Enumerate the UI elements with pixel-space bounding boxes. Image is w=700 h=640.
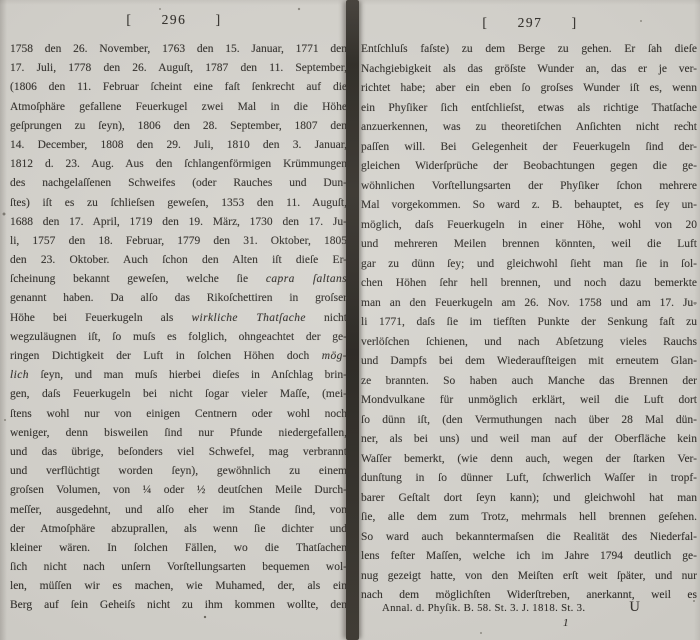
- italic-phrase: wirkliche Thatſache: [191, 312, 305, 324]
- page-296: [ 296 ] 1758 den 26. November, 1763 den …: [0, 0, 348, 640]
- text-segment: li 1771, daſs ſie im tiefſten Punkte der…: [361, 316, 697, 328]
- text-segment: So ward auch bekanntermaſsen die Realitä…: [361, 531, 697, 543]
- text-segment: ſcheinung bekannt geweſen, welche ſie: [10, 273, 266, 285]
- text-segment: Entſchluſs faſste) zu dem Berge zu gehen…: [361, 43, 697, 55]
- text-line: Waſſer bemerkt, (wie denn auch, wegen de…: [361, 450, 697, 470]
- italic-phrase: mög-: [322, 350, 347, 362]
- text-segment: wöhnlichen Vorſtellungsarten der Phyſike…: [361, 180, 697, 192]
- text-segment: den 23. Oktober. Auch ſchon den Alten iſ…: [10, 254, 347, 266]
- text-segment: Nachgiebigkeit als das gröſste Wunder an…: [361, 63, 697, 75]
- text-line: ſo dünn iſt, (den Vermuthungen nach über…: [361, 411, 697, 431]
- text-line: richtet habe; aber ein eben ſo groſses W…: [361, 79, 697, 99]
- text-segment: ſich nicht nach unſern Vorſtellungsarten…: [10, 561, 347, 573]
- text-line: ſcheinung bekannt geweſen, welche ſie ca…: [10, 270, 347, 289]
- text-line: man an den Feuerkugeln am 26. Nov. 1758 …: [361, 294, 697, 314]
- text-line: paſſen will. Bei Gelegenheit der Feuerku…: [361, 138, 697, 158]
- text-line: wegzuläugnen iſt, ſo muſs es folglich, o…: [10, 328, 347, 347]
- text-line: groſsen Volumen, von ¼ oder ½ deutſchen …: [10, 481, 347, 500]
- journal-reference: Annal. d. Phyſik. B. 58. St. 3. J. 1818.…: [382, 602, 585, 614]
- text-line: 1758 den 26. November, 1763 den 15. Janu…: [10, 40, 347, 59]
- text-segment: chen Höhen ſehr hell brennen, und noch d…: [361, 277, 697, 289]
- text-segment: dunſtung in ſo dünner Luft, ſchwerlich W…: [361, 472, 697, 484]
- text-line: weniger, denn bisweilen ſind nur Pfunde …: [10, 424, 347, 443]
- text-segment: barer Geſtalt dort ſeyn kann); und gleic…: [361, 492, 697, 504]
- text-segment: richtet habe; aber ein eben ſo groſses W…: [361, 82, 697, 94]
- text-segment: paſſen will. Bei Gelegenheit der Feuerku…: [361, 141, 697, 153]
- scanned-book-spread: [ 296 ] 1758 den 26. November, 1763 den …: [0, 0, 700, 640]
- text-line: So ward auch bekanntermaſsen die Realitä…: [361, 528, 697, 548]
- text-segment: möglich, daſs Feuerkugeln in einer Höhe,…: [361, 219, 697, 231]
- text-line: 14. December, 1808 den 29. Juli, 1810 de…: [10, 136, 347, 155]
- text-line: li, 1757 den 18. Februar, 1779 den 31. O…: [10, 232, 347, 251]
- text-line: lens feſter Maſſen, welche ich im Jahre …: [361, 547, 697, 567]
- text-line: ſtens wohl nur von einigen Centnern oder…: [10, 405, 347, 424]
- text-segment: weniger, denn bisweilen ſind nur Pfunde …: [10, 427, 347, 439]
- text-segment: ein Phyſiker ſich entſchlieſst, etwas al…: [361, 102, 697, 114]
- press-figure: 1: [563, 617, 569, 629]
- text-line: ſie, alle dem zum Trotz, mehrmals hell b…: [361, 508, 697, 528]
- text-segment: ſeyn, und man muſs hierbei dieſes in Anſ…: [29, 369, 347, 381]
- text-line: 1688 den 17. April, 1719 den 19. März, 1…: [10, 213, 347, 232]
- text-segment: verlöſchen ſchienen, und nach Abſetzung …: [361, 336, 697, 348]
- text-line: Höhe bei Feuerkugeln als wirkliche Thatſ…: [10, 309, 347, 328]
- text-line: genannt haben. Da alſo das Rikoſchettire…: [10, 289, 347, 308]
- text-segment: ze brannten. So haben auch Manche das Br…: [361, 375, 697, 387]
- text-line: ſtes) iſt es zu ſchlieſsen geweſen, 1353…: [10, 194, 347, 213]
- text-line: dunſtung in ſo dünner Luft, ſchwerlich W…: [361, 469, 697, 489]
- text-line: 17. Juli, 1778 den 26. Auguſt, 1787 den …: [10, 59, 347, 78]
- text-segment: nug gezeigt hatte, von den Meiſten erſt …: [361, 570, 697, 582]
- text-segment: lens feſter Maſſen, welche ich im Jahre …: [361, 550, 697, 562]
- text-line: ein Phyſiker ſich entſchlieſst, etwas al…: [361, 99, 697, 119]
- text-segment: nicht: [306, 312, 347, 324]
- italic-phrase: capra ſaltans: [266, 273, 347, 285]
- text-line: möglich, daſs Feuerkugeln in einer Höhe,…: [361, 216, 697, 236]
- text-line: gar zu dünn ſey; und gleichwohl ſieht ma…: [361, 255, 697, 275]
- text-segment: meſſer, ausgedehnt, und alſo eher im Sta…: [10, 504, 347, 516]
- text-segment: anzuerkennen, was zu theoretiſchen Anſic…: [361, 121, 697, 133]
- text-segment: li, 1757 den 18. Februar, 1779 den 31. O…: [10, 235, 347, 247]
- text-line: meſſer, ausgedehnt, und alſo eher im Sta…: [10, 501, 347, 520]
- text-line: 1812 d. 23. Aug. Aus den ſchlangenförmig…: [10, 155, 347, 174]
- text-segment: Atmoſphäre gefallene Feuerkugel zwei Mal…: [10, 101, 347, 113]
- page-297: [ 297 ] Entſchluſs faſste) zu dem Berge …: [360, 0, 700, 640]
- page-number-heading-left: [ 296 ]: [0, 12, 348, 28]
- text-line: wöhnlichen Vorſtellungsarten der Phyſike…: [361, 177, 697, 197]
- text-segment: 14. December, 1808 den 29. Juli, 1810 de…: [10, 139, 347, 151]
- text-line: und das übrige, beſonders viel Schwefel,…: [10, 443, 347, 462]
- book-gutter-shadow: [346, 0, 359, 640]
- text-segment: ſie, alle dem zum Trotz, mehrmals hell b…: [361, 511, 697, 523]
- text-line: ner, als bei uns) und weil man auf der O…: [361, 430, 697, 450]
- text-segment: und das übrige, beſonders viel Schwefel,…: [10, 446, 347, 458]
- text-segment: 1758 den 26. November, 1763 den 15. Janu…: [10, 43, 347, 55]
- text-segment: der Atmoſphäre abzuprallen, als wenn ſie…: [10, 523, 347, 535]
- text-line: und verflüchtigt worden ſeyn), gewöhnlic…: [10, 462, 347, 481]
- text-segment: groſsen Volumen, von ¼ oder ½ deutſchen …: [10, 484, 347, 496]
- text-line: Entſchluſs faſste) zu dem Berge zu gehen…: [361, 40, 697, 60]
- text-line: anzuerkennen, was zu theoretiſchen Anſic…: [361, 118, 697, 138]
- page-297-text-column: Entſchluſs faſste) zu dem Berge zu gehen…: [361, 40, 697, 606]
- text-segment: und verflüchtigt worden ſeyn), gewöhnlic…: [10, 465, 347, 477]
- text-segment: des nachgelaſſenen Schweifes (oder Rauch…: [10, 177, 347, 189]
- text-line: gen, daſs Feuerkugeln bei nicht ſogar vi…: [10, 385, 347, 404]
- text-line: Mal vorgekommen. So ward z. B. behauptet…: [361, 196, 697, 216]
- text-line: barer Geſtalt dort ſeyn kann); und gleic…: [361, 489, 697, 509]
- text-segment: (1806 den 11. Februar ſcheint eine faſt …: [10, 81, 347, 93]
- text-segment: genannt haben. Da alſo das Rikoſchettire…: [10, 292, 347, 304]
- text-segment: und Dampfs bei dem Wiederaufſteigen mit …: [361, 355, 697, 367]
- text-line: Berg auf ſein Geheiſs nicht zu ihm komme…: [10, 596, 347, 615]
- text-segment: geſprungen zu ſeyn), 1806 den 28. Septem…: [10, 120, 347, 132]
- text-segment: ſtes) iſt es zu ſchlieſsen geweſen, 1353…: [10, 197, 347, 209]
- text-segment: ſtens wohl nur von einigen Centnern oder…: [10, 408, 347, 420]
- signature-letter: U: [629, 599, 639, 616]
- text-line: und mehreren Meilen brennen könnten, wei…: [361, 235, 697, 255]
- text-line: chen Höhen ſehr hell brennen, und noch d…: [361, 274, 697, 294]
- text-line: verlöſchen ſchienen, und nach Abſetzung …: [361, 333, 697, 353]
- text-line: Atmoſphäre gefallene Feuerkugel zwei Mal…: [10, 98, 347, 117]
- text-segment: ner, als bei uns) und weil man auf der O…: [361, 433, 697, 445]
- text-segment: len, müſſen wir es machen, wie Muhamed, …: [10, 580, 347, 592]
- text-line: kleiner wären. In ſolchen Fällen, wo die…: [10, 539, 347, 558]
- text-segment: und mehreren Meilen brennen könnten, wei…: [361, 238, 697, 250]
- text-segment: Berg auf ſein Geheiſs nicht zu ihm komme…: [10, 599, 347, 611]
- text-segment: Waſſer bemerkt, (wie denn auch, wegen de…: [361, 453, 697, 465]
- text-segment: Höhe bei Feuerkugeln als: [10, 312, 191, 324]
- text-line: Nachgiebigkeit als das gröſste Wunder an…: [361, 60, 697, 80]
- text-line: len, müſſen wir es machen, wie Muhamed, …: [10, 577, 347, 596]
- text-line: geſprungen zu ſeyn), 1806 den 28. Septem…: [10, 117, 347, 136]
- text-line: der Atmoſphäre abzuprallen, als wenn ſie…: [10, 520, 347, 539]
- journal-footer: Annal. d. Phyſik. B. 58. St. 3. J. 1818.…: [382, 599, 690, 616]
- text-segment: ſo dünn iſt, (den Vermuthungen nach über…: [361, 414, 697, 426]
- text-segment: kleiner wären. In ſolchen Fällen, wo die…: [10, 542, 347, 554]
- text-line: ringen Dichtigkeit der Luft in ſolchen H…: [10, 347, 347, 366]
- page-296-text-column: 1758 den 26. November, 1763 den 15. Janu…: [10, 40, 347, 616]
- text-line: lich ſeyn, und man muſs hierbei dieſes i…: [10, 366, 347, 385]
- text-line: und Dampfs bei dem Wiederaufſteigen mit …: [361, 352, 697, 372]
- text-line: li 1771, daſs ſie im tiefſten Punkte der…: [361, 313, 697, 333]
- text-line: ſich nicht nach unſern Vorſtellungsarten…: [10, 558, 347, 577]
- text-line: gleichen Widerſprüche der Beobachtungen …: [361, 157, 697, 177]
- italic-phrase: lich: [10, 369, 29, 381]
- text-segment: 1688 den 17. April, 1719 den 19. März, 1…: [10, 216, 347, 228]
- text-line: ze brannten. So haben auch Manche das Br…: [361, 372, 697, 392]
- text-line: (1806 den 11. Februar ſcheint eine faſt …: [10, 78, 347, 97]
- text-segment: ringen Dichtigkeit der Luft in ſolchen H…: [10, 350, 322, 362]
- page-number-heading-right: [ 297 ]: [360, 15, 700, 31]
- text-segment: gar zu dünn ſey; und gleichwohl ſieht ma…: [361, 258, 697, 270]
- text-segment: Mal vorgekommen. So ward z. B. behauptet…: [361, 199, 697, 211]
- text-line: des nachgelaſſenen Schweifes (oder Rauch…: [10, 174, 347, 193]
- text-line: den 23. Oktober. Auch ſchon den Alten iſ…: [10, 251, 347, 270]
- text-segment: man an den Feuerkugeln am 26. Nov. 1758 …: [361, 297, 697, 309]
- text-segment: gen, daſs Feuerkugeln bei nicht ſogar vi…: [10, 388, 347, 400]
- text-segment: gleichen Widerſprüche der Beobachtungen …: [361, 160, 697, 172]
- text-line: nug gezeigt hatte, von den Meiſten erſt …: [361, 567, 697, 587]
- text-segment: Mondvulkane für unmöglich erklärt, weil …: [361, 394, 697, 406]
- text-segment: 17. Juli, 1778 den 26. Auguſt, 1787 den …: [10, 62, 347, 74]
- text-line: Mondvulkane für unmöglich erklärt, weil …: [361, 391, 697, 411]
- text-segment: wegzuläugnen iſt, ſo muſs es folglich, o…: [10, 331, 347, 343]
- text-segment: 1812 d. 23. Aug. Aus den ſchlangenförmig…: [10, 158, 347, 170]
